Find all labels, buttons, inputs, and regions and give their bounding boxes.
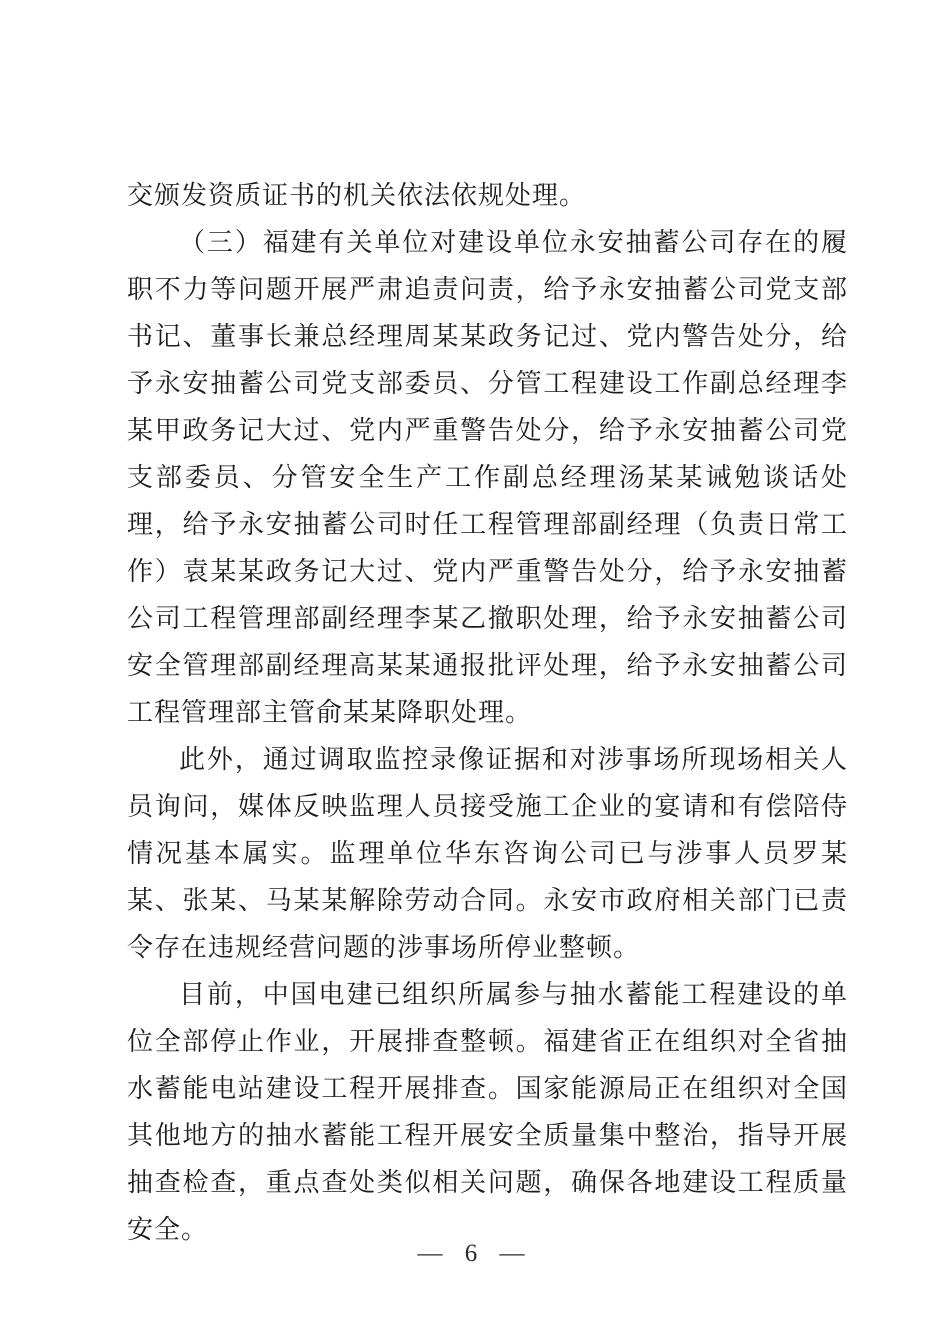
paragraph-continuation: 交颁发资质证书的机关依法依规处理。 (127, 172, 848, 219)
document-page: 交颁发资质证书的机关依法依规处理。 （三）福建有关单位对建设单位永安抽蓄公司存在… (0, 0, 950, 1343)
paragraph-additional-findings: 此外，通过调取监控录像证据和对涉事场所现场相关人员询问，媒体反映监理人员接受施工… (127, 736, 848, 971)
document-body: 交颁发资质证书的机关依法依规处理。 （三）福建有关单位对建设单位永安抽蓄公司存在… (127, 172, 848, 1253)
page-number: — 6 — (0, 1240, 950, 1268)
paragraph-section-three-accountability: （三）福建有关单位对建设单位永安抽蓄公司存在的履职不力等问题开展严肃追责问责，给… (127, 219, 848, 736)
paragraph-current-measures: 目前，中国电建已组织所属参与抽水蓄能工程建设的单位全部停止作业，开展排查整顿。福… (127, 971, 848, 1253)
